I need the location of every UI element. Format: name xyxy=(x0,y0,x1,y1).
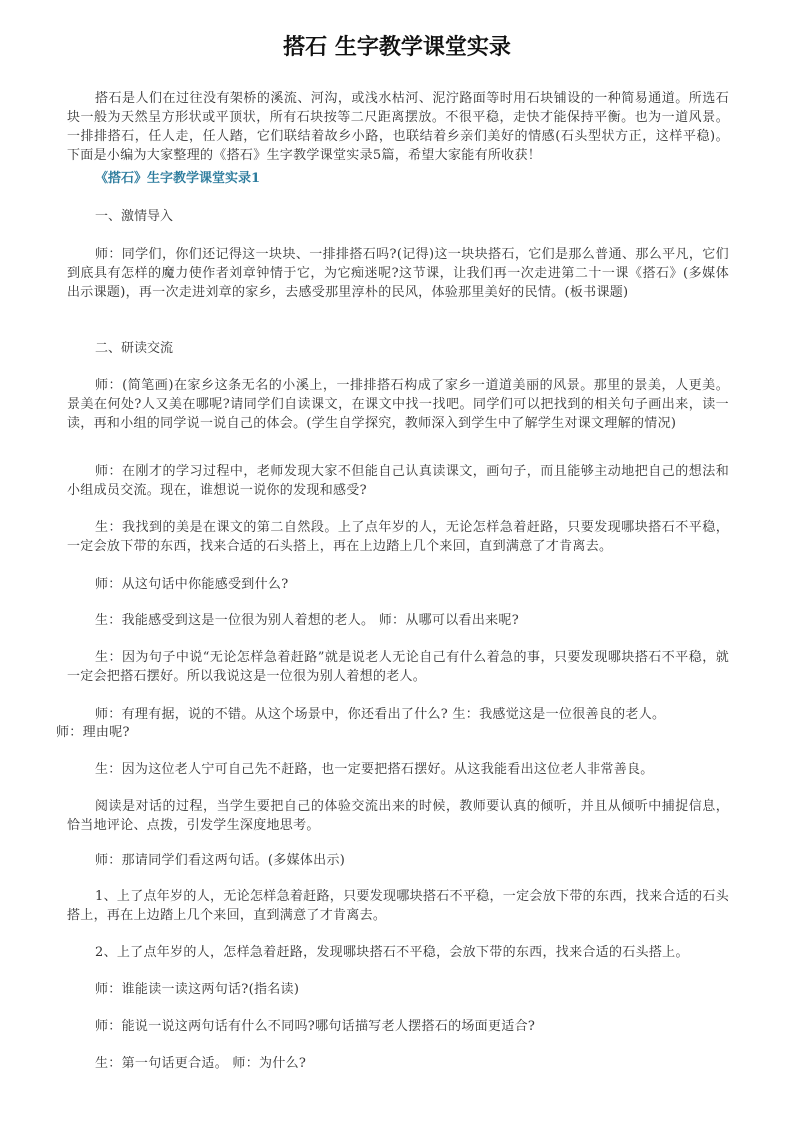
paragraph: 师：从这句话中你能感受到什么? xyxy=(67,575,729,594)
paragraph: 生：我能感受到这是一位很为别人着想的老人。 师：从哪可以看出来呢? xyxy=(67,611,729,630)
intro-paragraph: 搭石是人们在过往没有架桥的溪流、河沟，或浅水枯河、泥泞路面等时用石块铺设的一种简… xyxy=(67,89,729,165)
paragraph: 师：理由呢? xyxy=(56,723,718,742)
paragraph: 师：同学们，你们还记得这一块块、一排排搭石吗?(记得)这一块块搭石，它们是那么普… xyxy=(67,245,729,302)
paragraph: 生：第一句话更合适。 师：为什么? xyxy=(67,1054,729,1073)
paragraph: 师：那请同学们看这两句话。(多媒体出示) xyxy=(67,851,729,870)
paragraph: 生：我找到的美是在课文的第二自然段。上了点年岁的人，无论怎样急着赶路，只要发现哪… xyxy=(67,518,729,556)
section-heading-1: 一、激情导入 xyxy=(95,207,173,226)
paragraph: 生：因为这位老人宁可自己先不赶路，也一定要把搭石摆好。从这我能看出这位老人非常善… xyxy=(67,760,729,779)
paragraph: 生：因为句子中说“无论怎样急着赶路”就是说老人无论自己有什么着急的事，只要发现哪… xyxy=(67,648,729,686)
section-subheading: 《搭石》生字教学课堂实录1 xyxy=(95,169,260,188)
paragraph: 阅读是对话的过程，当学生要把自己的体验交流出来的时候，教师要认真的倾听，并且从倾… xyxy=(67,797,729,835)
document-page: 搭石 生字教学课堂实录 搭石是人们在过往没有架桥的溪流、河沟，或浅水枯河、泥泞路… xyxy=(0,0,794,1123)
paragraph: 师：有理有据，说的不错。从这个场景中，你还看出了什么? 生：我感觉这是一位很善良… xyxy=(67,705,729,724)
page-title: 搭石 生字教学课堂实录 xyxy=(0,30,794,61)
paragraph: 师：谁能读一读这两句话?(指名读) xyxy=(67,980,729,999)
paragraph: 师：能说一说这两句话有什么不同吗?哪句话描写老人摆搭石的场面更适合? xyxy=(67,1017,729,1036)
paragraph: 2、上了点年岁的人，怎样急着赶路，发现哪块搭石不平稳，会放下带的东西，找来合适的… xyxy=(67,943,729,962)
paragraph: 1、上了点年岁的人，无论怎样急着赶路，只要发现哪块搭石不平稳，一定会放下带的东西… xyxy=(67,887,729,925)
paragraph: 师：(简笔画)在家乡这条无名的小溪上，一排排搭石构成了家乡一道道美丽的风景。那里… xyxy=(67,376,729,433)
section-heading-2: 二、研读交流 xyxy=(95,339,173,358)
paragraph: 师：在刚才的学习过程中，老师发现大家不但能自己认真读课文，画句子，而且能够主动地… xyxy=(67,462,729,500)
